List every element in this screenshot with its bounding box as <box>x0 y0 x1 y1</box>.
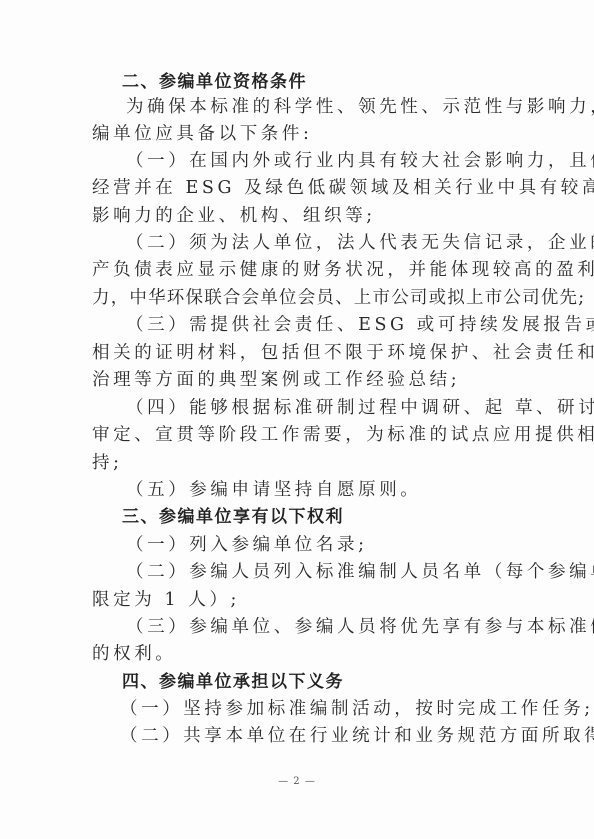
paragraph-line: （二）须为法人单位，法人代表无失信记录，企业的资 <box>126 233 506 253</box>
paragraph-line: 相关的证明材料，包括但不限于环境保护、社会责任和公司 <box>92 343 506 363</box>
section-heading-rights: 三、参编单位享有以下权利 <box>122 507 344 527</box>
paragraph-line: 的权利。 <box>92 644 506 664</box>
paragraph-line: （一）坚持参加标准编制活动，按时完成工作任务; <box>120 699 500 719</box>
paragraph-line: 经营并在 ESG 及绿色低碳领域及相关行业中具有较高社会 <box>92 178 506 198</box>
paragraph-line: （二）共享本单位在行业统计和业务规范方面所取得的 <box>120 726 506 746</box>
paragraph-line: （五）参编申请坚持自愿原则。 <box>126 480 506 500</box>
paragraph-line: 影响力的企业、机构、组织等; <box>92 206 506 226</box>
paragraph-line: 限定为 1 人）; <box>92 590 506 610</box>
paragraph-line: 持; <box>92 453 506 473</box>
paragraph-line: （三）需提供社会责任、ESG 或可持续发展报告或与之 <box>126 315 506 335</box>
paragraph-line: （三）参编单位、参编人员将优先享有参与本标准修订 <box>126 617 506 637</box>
paragraph-line: 审定、宣贯等阶段工作需要，为标准的试点应用提供相关支 <box>92 425 506 445</box>
paragraph-line: 力，中华环保联合会单位会员、上市公司或拟上市公司优先; <box>92 288 506 308</box>
paragraph-line: （二）参编人员列入标准编制人员名单（每个参编单位 <box>126 562 506 582</box>
paragraph-line: （四）能够根据标准研制过程中调研、起 草、研讨、 <box>126 398 506 418</box>
paragraph-line: 为确保本标准的科学性、领先性、示范性与影响力，参 <box>126 97 506 117</box>
section-heading-qualifications: 二、参编单位资格条件 <box>122 72 307 92</box>
paragraph-line: （一）列入参编单位名录; <box>126 535 506 555</box>
page-number: — 2 — <box>0 776 594 787</box>
paragraph-line: 编单位应具备以下条件: <box>92 124 506 144</box>
paragraph-line: 产负债表应显示健康的财务状况，并能体现较高的盈利能 <box>92 260 506 280</box>
paragraph-line: （一）在国内外或行业内具有较大社会影响力，且依法 <box>126 151 506 171</box>
paragraph-line: 治理等方面的典型案例或工作经验总结; <box>92 370 506 390</box>
document-page: 二、参编单位资格条件 为确保本标准的科学性、领先性、示范性与影响力，参 编单位应… <box>0 0 594 839</box>
section-heading-obligations: 四、参编单位承担以下义务 <box>122 672 344 692</box>
